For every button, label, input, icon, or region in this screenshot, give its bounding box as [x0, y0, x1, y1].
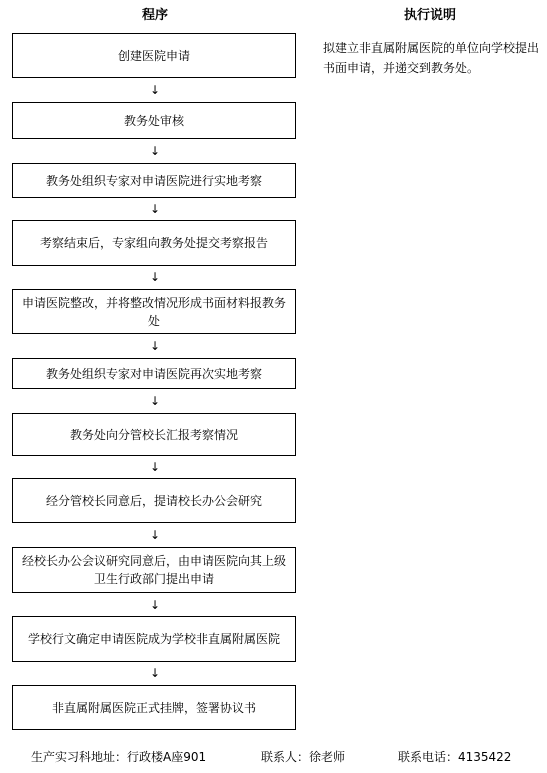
step-label: 考察结束后，专家组向教务处提交考察报告 — [40, 234, 268, 252]
down-arrow-icon: ↓ — [147, 339, 163, 353]
step-label: 申请医院整改，并将整改情况形成书面材料报教务处 — [17, 294, 291, 330]
step-box-10: 学校行文确定申请医院成为学校非直属附属医院 — [12, 616, 296, 662]
step-box-5: 申请医院整改，并将整改情况形成书面材料报教务处 — [12, 289, 296, 334]
footer-phone: 联系电话：4135422 — [398, 749, 511, 765]
down-arrow-icon: ↓ — [147, 144, 163, 158]
step-label: 经分管校长同意后，提请校长办公会研究 — [46, 492, 262, 510]
explanation-column-title: 执行说明 — [380, 7, 480, 25]
procedure-column-title: 程序 — [105, 7, 205, 25]
step-box-6: 教务处组织专家对申请医院再次实地考察 — [12, 358, 296, 389]
step-label: 创建医院申请 — [118, 47, 190, 65]
step-label: 教务处审核 — [124, 112, 184, 130]
step-label: 教务处向分管校长汇报考察情况 — [70, 426, 238, 444]
down-arrow-icon: ↓ — [147, 394, 163, 408]
step-box-3: 教务处组织专家对申请医院进行实地考察 — [12, 163, 296, 198]
down-arrow-icon: ↓ — [147, 460, 163, 474]
step-box-4: 考察结束后，专家组向教务处提交考察报告 — [12, 220, 296, 266]
down-arrow-icon: ↓ — [147, 83, 163, 97]
step-box-1: 创建医院申请 — [12, 33, 296, 78]
down-arrow-icon: ↓ — [147, 666, 163, 680]
down-arrow-icon: ↓ — [147, 202, 163, 216]
step-label: 经校长办公会议研究同意后，由申请医院向其上级卫生行政部门提出申请 — [17, 552, 291, 588]
step-box-2: 教务处审核 — [12, 102, 296, 139]
step-label: 教务处组织专家对申请医院再次实地考察 — [46, 365, 262, 383]
step-box-8: 经分管校长同意后，提请校长办公会研究 — [12, 478, 296, 523]
footer-contact-person: 联系人：徐老师 — [261, 749, 345, 765]
footer-address: 生产实习科地址：行政楼A座901 — [31, 749, 206, 765]
down-arrow-icon: ↓ — [147, 598, 163, 612]
step-box-7: 教务处向分管校长汇报考察情况 — [12, 413, 296, 456]
step-box-11: 非直属附属医院正式挂牌，签署协议书 — [12, 685, 296, 730]
step-label: 学校行文确定申请医院成为学校非直属附属医院 — [28, 630, 280, 648]
step-box-9: 经校长办公会议研究同意后，由申请医院向其上级卫生行政部门提出申请 — [12, 547, 296, 593]
down-arrow-icon: ↓ — [147, 270, 163, 284]
down-arrow-icon: ↓ — [147, 528, 163, 542]
step-label: 教务处组织专家对申请医院进行实地考察 — [46, 172, 262, 190]
explanation-note: 拟建立非直属附属医院的单位向学校提出书面申请，并递交到教务处。 — [323, 38, 545, 78]
step-label: 非直属附属医院正式挂牌，签署协议书 — [52, 699, 256, 717]
